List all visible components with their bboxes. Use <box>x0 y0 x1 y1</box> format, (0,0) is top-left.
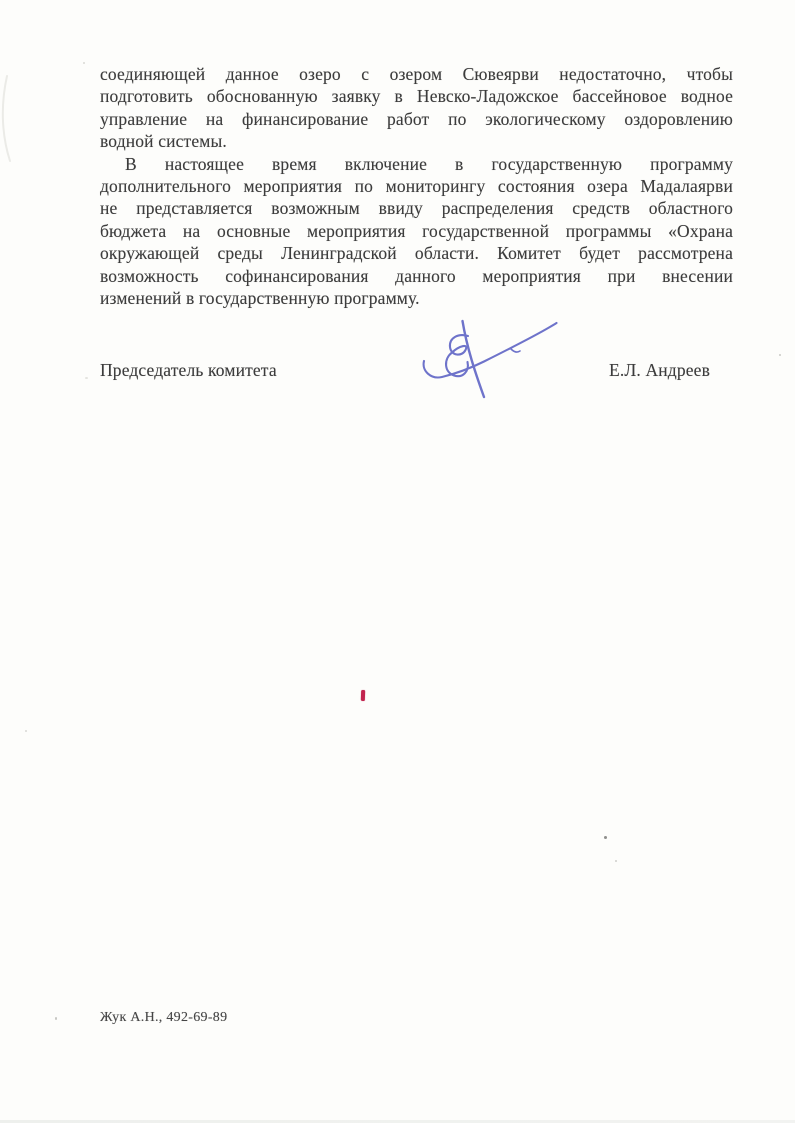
red-ink-mark <box>361 690 365 701</box>
paragraph: соединяющей данное озеро с озером Сювеяр… <box>100 63 733 153</box>
text-line: дополнительного мероприятия по мониторин… <box>100 175 733 197</box>
scan-speck <box>779 354 781 356</box>
scan-edge-artifact <box>0 0 30 200</box>
text-line: окружающей среды Ленинградской области. … <box>100 242 733 264</box>
scan-speck <box>55 1017 57 1020</box>
text-line: подготовить обоснованную заявку в Невско… <box>100 85 733 107</box>
text-line: возможность софинансирования данного мер… <box>100 265 733 287</box>
signer-name: Е.Л. Андреев <box>609 359 733 381</box>
text-line: бюджета на основные мероприятия государс… <box>100 220 733 242</box>
text-line: В настоящее время включение в государств… <box>100 153 733 175</box>
signature-row: Председатель комитета Е.Л. Андреев <box>100 359 733 381</box>
text-line: изменений в государственную программу. <box>100 287 733 309</box>
scanned-letter-page: соединяющей данное озеро с озером Сювеяр… <box>0 0 795 1123</box>
scan-speck <box>25 730 27 732</box>
text-line: не представляется возможным ввиду распре… <box>100 197 733 219</box>
text-line: соединяющей данное озеро с озером Сювеяр… <box>100 63 733 85</box>
scan-speck <box>615 860 617 862</box>
footer-contact: Жук А.Н., 492-69-89 <box>100 1009 227 1027</box>
signer-role-label: Председатель комитета <box>100 359 277 381</box>
letter-body: соединяющей данное озеро с озером Сювеяр… <box>100 63 733 382</box>
text-line: управление на финансирование работ по эк… <box>100 108 733 130</box>
text-line: водной системы. <box>100 130 733 152</box>
scan-speck <box>604 836 607 839</box>
paragraph: В настоящее время включение в государств… <box>100 153 733 310</box>
scan-speck <box>85 377 88 379</box>
scan-speck <box>83 62 85 64</box>
